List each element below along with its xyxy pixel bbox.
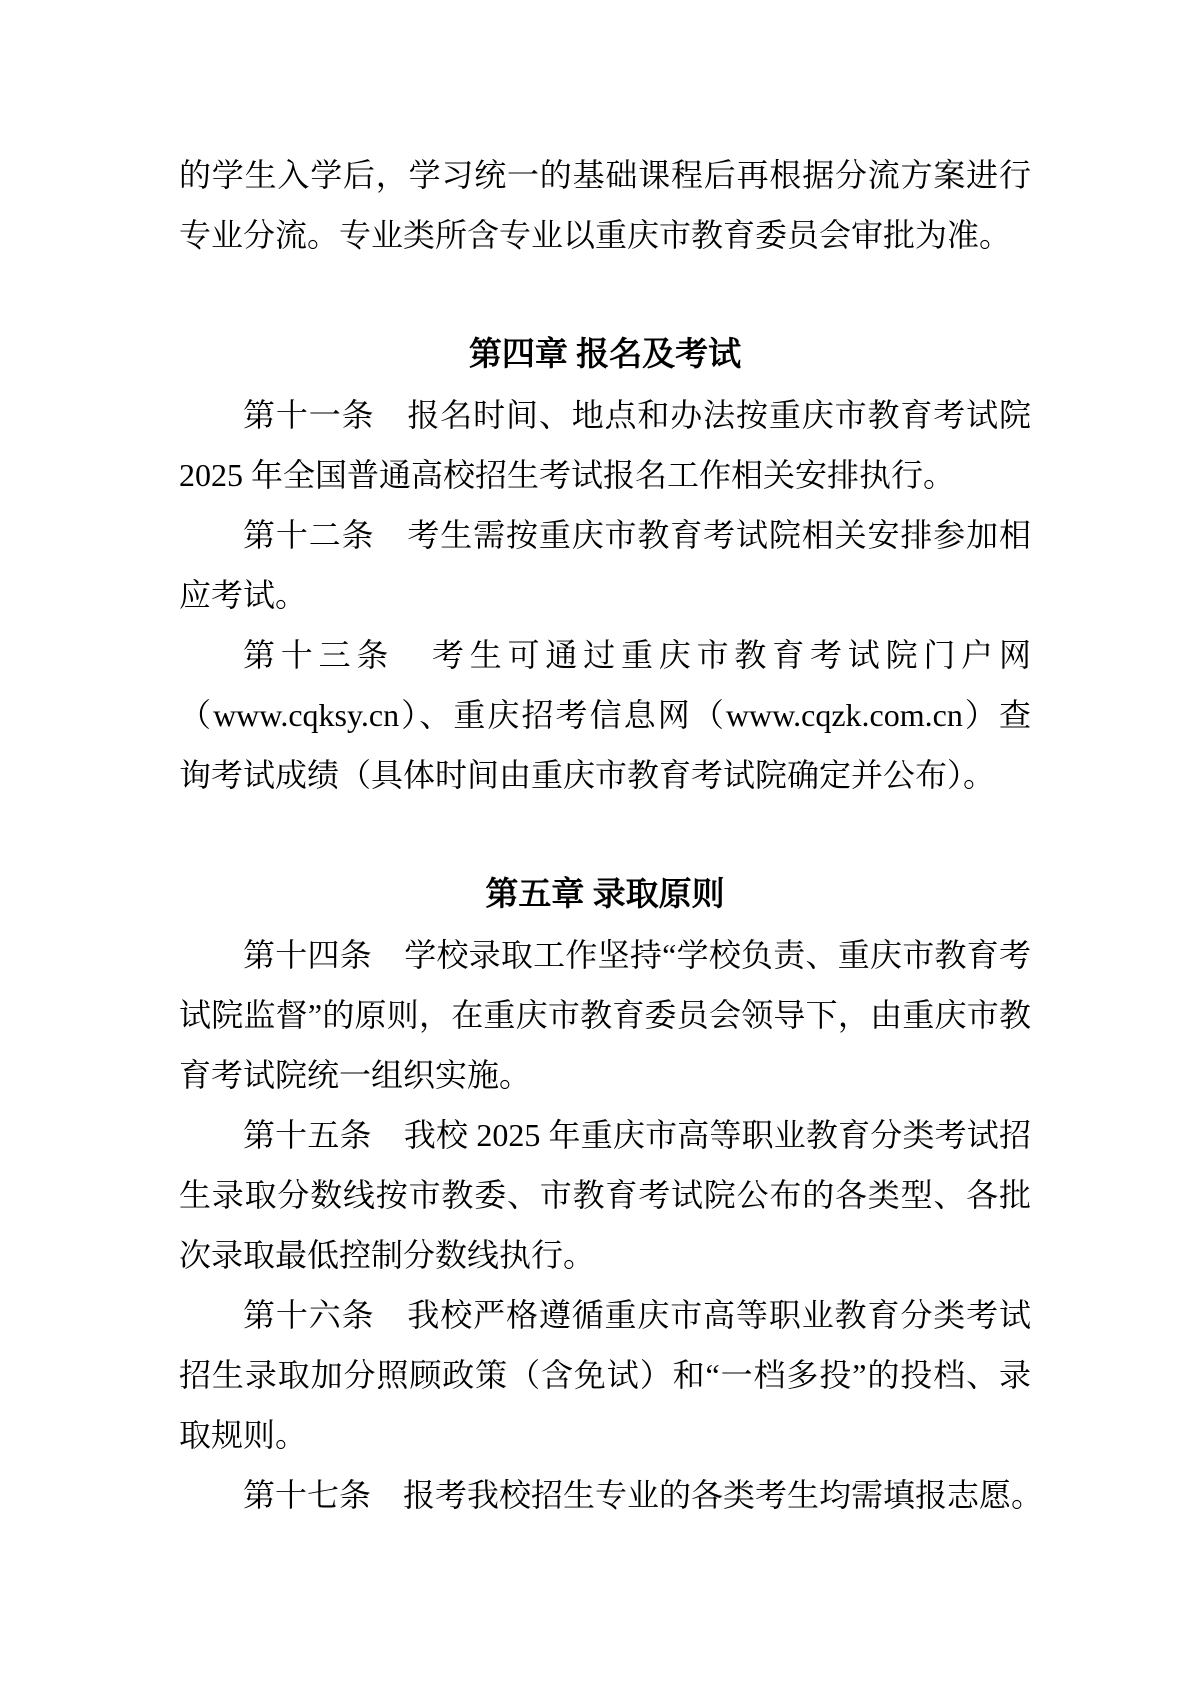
document-body: 的学生入学后，学习统一的基础课程后再根据分流方案进行专业分流。专业类所含专业以重… xyxy=(179,145,1031,1525)
chapter-heading-4: 第四章 报名及考试 xyxy=(179,325,1031,385)
paragraph-continuation: 的学生入学后，学习统一的基础课程后再根据分流方案进行专业分流。专业类所含专业以重… xyxy=(179,145,1031,265)
article-16-paragraph: 第十六条 我校严格遵循重庆市高等职业教育分类考试招生录取加分照顾政策（含免试）和… xyxy=(179,1285,1031,1465)
article-13-paragraph: 第十三条 考生可通过重庆市教育考试院门户网（www.cqksy.cn）、重庆招考… xyxy=(179,625,1031,805)
document-page: 的学生入学后，学习统一的基础课程后再根据分流方案进行专业分流。专业类所含专业以重… xyxy=(0,0,1191,1684)
article-11-paragraph: 第十一条 报名时间、地点和办法按重庆市教育考试院 2025 年全国普通高校招生考… xyxy=(179,385,1031,505)
article-17-paragraph: 第十七条 报考我校招生专业的各类考生均需填报志愿。 xyxy=(179,1465,1031,1525)
chapter-heading-5: 第五章 录取原则 xyxy=(179,865,1031,925)
article-14-paragraph: 第十四条 学校录取工作坚持“学校负责、重庆市教育考试院监督”的原则，在重庆市教育… xyxy=(179,925,1031,1105)
article-15-paragraph: 第十五条 我校 2025 年重庆市高等职业教育分类考试招生录取分数线按市教委、市… xyxy=(179,1105,1031,1285)
article-12-paragraph: 第十二条 考生需按重庆市教育考试院相关安排参加相应考试。 xyxy=(179,505,1031,625)
